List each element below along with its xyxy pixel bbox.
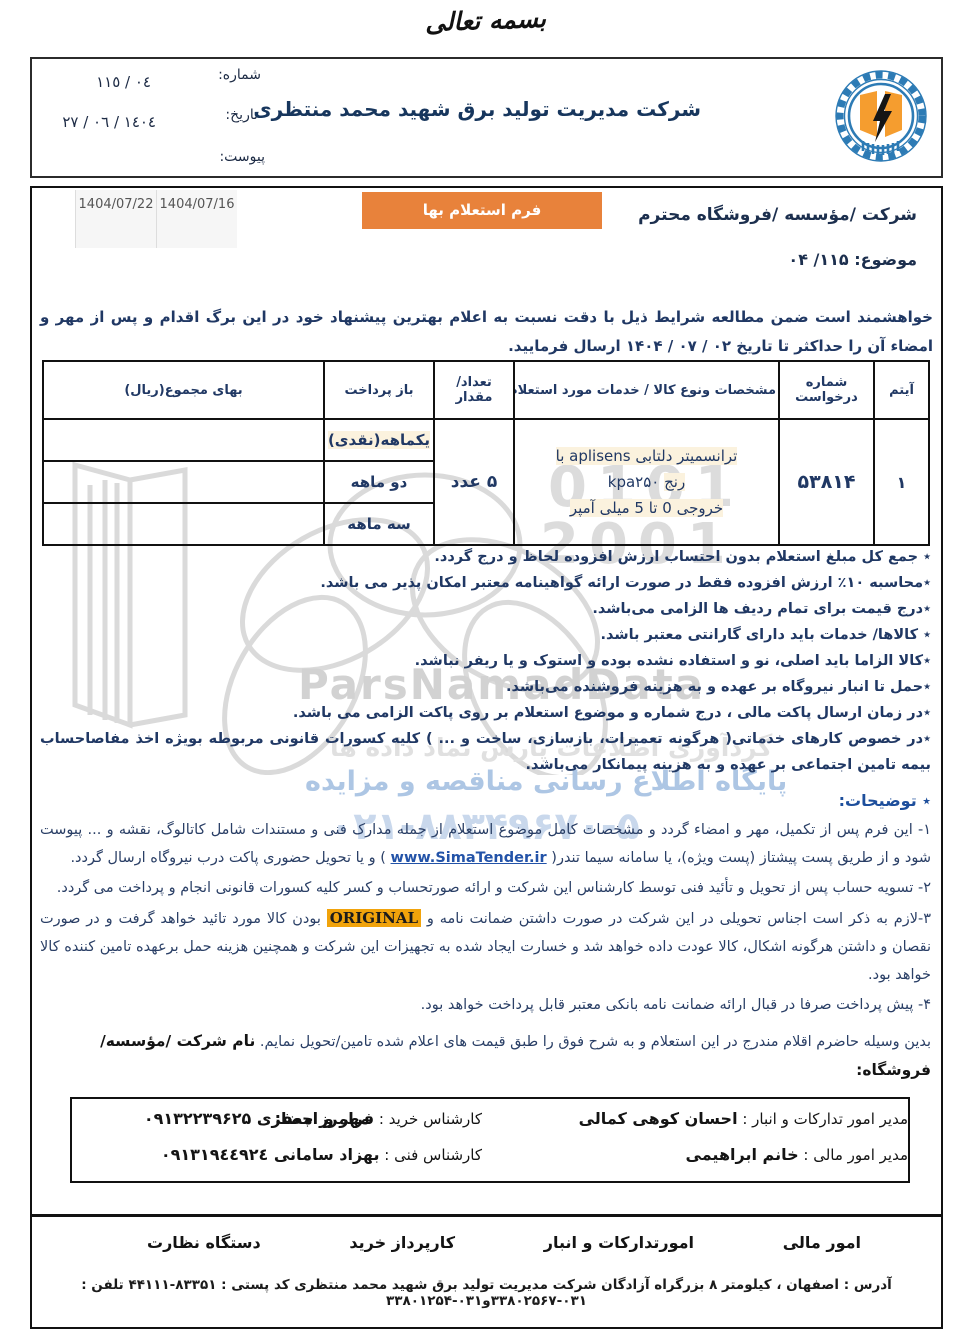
purchase-expert-name: فرامرز جعفری — [251, 1109, 374, 1128]
col-qty-line2: مقدار — [437, 390, 511, 405]
request-number-cell: ۵۳۸۱۴ — [779, 419, 874, 545]
finance-manager-label: مدیر امور مالی : — [799, 1146, 908, 1164]
doc-number-label: شماره: — [218, 67, 261, 83]
total-price-cell-2 — [43, 461, 324, 503]
contacts-box: کارشناس خرید : فرامرز جعفری ۰۹۱۳۲۲۳۹۶۲۵ … — [70, 1097, 910, 1183]
payment-option-3: سه ماهه — [324, 503, 434, 545]
items-table-header-row: آیتم شماره درخواست مشخصات ونوع کالا / خد… — [43, 361, 929, 419]
col-specs: مشخصات ونوع کالا / خدمات مورد استعلام — [514, 361, 779, 419]
note-item-1: ۱- این فرم پس از تکمیل، مهر و امضاء گردد… — [40, 816, 931, 872]
portal-date-chips: 1404/07/22 1404/07/16 — [75, 190, 237, 248]
finance-manager-name: خانم ابراهیمی — [686, 1145, 799, 1164]
note-item-4: ۴- پیش پرداخت صرفا در قبال ارائه ضمانت ن… — [40, 991, 931, 1019]
col-payment: باز پرداخت — [324, 361, 434, 419]
technical-expert-phone: ٠٩١٣١٩٤٤٩٢٤ — [161, 1145, 268, 1164]
contacts-experts-column: کارشناس خرید : فرامرز جعفری ۰۹۱۳۲۲۳۹۶۲۵ … — [72, 1099, 490, 1181]
quantity-cell: ۵ عدد — [434, 419, 514, 545]
original-highlight: ORIGINAL — [327, 909, 421, 927]
technical-expert-name: بهزاد سامانی — [268, 1145, 379, 1164]
doc-attachment-label: پیوست: — [219, 149, 265, 165]
item-description-cell: ترانسمیتر دلتابی aplisens با رنج kpa۲۵۰ … — [514, 419, 779, 545]
company-address: آدرس : اصفهان ، کیلومتر ۸ بزرگراه آزادگا… — [42, 1277, 931, 1309]
payment-option-1-label: یکماهه(نقدی) — [328, 431, 430, 449]
purchase-expert-phone: ۰۹۱۳۲۲۳۹۶۲۵ — [144, 1109, 251, 1128]
acknowledgment-text: بدین وسیله حاضرم اقلام مندرج در این استع… — [255, 1034, 931, 1050]
purchase-expert-row: کارشناس خرید : فرامرز جعفری ۰۹۱۳۲۲۳۹۶۲۵ — [72, 1109, 482, 1145]
term-item: ٭ جمع کل مبلغ استعلام بدون احتساب ارزش ا… — [40, 544, 931, 570]
technical-expert-row: کارشناس فنی : بهزاد سامانی ٠٩١٣١٩٤٤٩٢٤ — [72, 1145, 482, 1181]
subject-line: موضوع: ۱۱۵/ ۰۴ — [788, 250, 917, 269]
procurement-manager-row: مدیر امور تدارکات و انبار : احسان کوهی ک… — [520, 1109, 908, 1145]
purchase-expert-label: کارشناس خرید : — [374, 1110, 482, 1128]
portal-date-chip-2: 1404/07/16 — [156, 190, 237, 248]
inquiry-form-body: 1404/07/22 1404/07/16 فرم استعلام بها شر… — [30, 186, 943, 1216]
finance-manager-row: مدیر امور مالی : خانم ابراهیمی — [520, 1145, 908, 1181]
technical-expert-label: کارشناس فنی : — [380, 1146, 483, 1164]
terms-list: ٭ جمع کل مبلغ استعلام بدون احتساب ارزش ا… — [40, 544, 931, 778]
footer-section-finance: امور مالی — [783, 1233, 861, 1252]
payment-option-2: دو ماهه — [324, 461, 434, 503]
term-item: ٭در خصوص کارهای خدماتی( هرگونه تعمیرات، … — [40, 726, 931, 778]
col-item: آیتم — [874, 361, 929, 419]
spec-line1: ترانسمیتر دلتابی aplisens با — [556, 447, 738, 465]
item-number-cell: ۱ — [874, 419, 929, 545]
note-item-2: ۲- تسویه حساب پس از تحویل و تأئید فنی تو… — [40, 874, 931, 902]
term-item: ٭کالا الزاما باید اصلی، نو و استفاده نشد… — [40, 648, 931, 674]
signature-footer: دستگاه نظارت کارپرداز خرید امورتدارکات و… — [30, 1214, 943, 1329]
footer-section-supervision: دستگاه نظارت — [147, 1233, 261, 1252]
portal-date-chip-1: 1404/07/22 — [75, 190, 156, 248]
spec-line2-value: kpa۲۵۰ — [608, 473, 664, 491]
term-item: ٭در زمان ارسال پاکت مالی ، درج شماره و م… — [40, 700, 931, 726]
contacts-managers-column: مدیر امور تدارکات و انبار : احسان کوهی ک… — [490, 1099, 908, 1181]
footer-section-procurement: امورتدارکات و انبار — [544, 1233, 694, 1252]
footer-sections: دستگاه نظارت کارپرداز خرید امورتدارکات و… — [32, 1217, 941, 1252]
spec-line2-range: رنج — [664, 473, 685, 491]
company-logo-icon — [835, 64, 927, 172]
payment-option-1: یکماهه(نقدی) — [324, 419, 434, 461]
term-item: ٭درج قیمت برای تمام ردیف ها الزامی می‌با… — [40, 596, 931, 622]
col-qty-line1: تعداد/ — [437, 375, 511, 390]
total-price-cell-3 — [43, 503, 324, 545]
total-price-cell-1 — [43, 419, 324, 461]
procurement-manager-label: مدیر امور تدارکات و انبار : — [738, 1110, 908, 1128]
col-request-no-line2: درخواست — [782, 390, 871, 405]
col-request-no: شماره درخواست — [779, 361, 874, 419]
col-total: بهای مجموع(ریال) — [43, 361, 324, 419]
footer-section-purchasing-agent: کارپرداز خرید — [349, 1233, 455, 1252]
term-item: ٭حمل تا انبار نیروگاه بر عهده و به هزینه… — [40, 674, 931, 700]
form-title-banner: فرم استعلام بها — [362, 192, 602, 229]
term-item: ٭محاسبه ۱۰٪ ارزش افزوده فقط در صورت ارائ… — [40, 570, 931, 596]
notes-title: ٭ توضیحات: — [40, 786, 931, 816]
col-request-no-line1: شماره — [782, 375, 871, 390]
simatender-link[interactable]: www.SimaTender.ir — [391, 850, 547, 866]
doc-date-value: ١٤٠٤ / ٠٦ / ٢٧ — [62, 113, 156, 131]
salutation: شرکت /مؤسسه /فروشگاه محترم — [638, 205, 917, 225]
note-1-text-b: ) و یا تحویل حضوری پاکت درب نیروگاه ارسا… — [70, 850, 390, 866]
company-name: شرکت مدیریت تولید برق شهید محمد منتظری — [253, 97, 701, 121]
letterhead: شماره: ٠٤ / ١١٥ تاریخ: ١٤٠٤ / ٠٦ / ٢٧ پی… — [30, 57, 943, 178]
notes-section: ٭ توضیحات: ۱- این فرم پس از تکمیل، مهر و… — [40, 786, 931, 1133]
term-item: ٭ کالاها/ خدمات باید دارای گارانتی معتبر… — [40, 622, 931, 648]
doc-number-value: ٠٤ / ١١٥ — [96, 73, 151, 91]
note-3-text-a: ۳-لازم به ذکر است اجناس تحویلی در این شر… — [421, 911, 931, 927]
items-table: آیتم شماره درخواست مشخصات ونوع کالا / خد… — [44, 360, 930, 546]
spec-line3: خروجی 0 تا 5 میلی آمپر — [570, 499, 723, 517]
intro-paragraph: خواهشمند است ضمن مطالعه شرایط ذیل با دقت… — [40, 303, 933, 361]
bismillah-calligraphy: بسمه تعالی — [0, 0, 971, 52]
table-row: ۱ ۵۳۸۱۴ ترانسمیتر دلتابی aplisens با رنج… — [43, 419, 929, 461]
procurement-manager-name: احسان کوهی کمالی — [579, 1109, 738, 1128]
col-qty: تعداد/ مقدار — [434, 361, 514, 419]
note-item-3: ۳-لازم به ذکر است اجناس تحویلی در این شر… — [40, 904, 931, 989]
acknowledgment-line: بدین وسیله حاضرم اقلام مندرج در این استع… — [40, 1027, 931, 1085]
